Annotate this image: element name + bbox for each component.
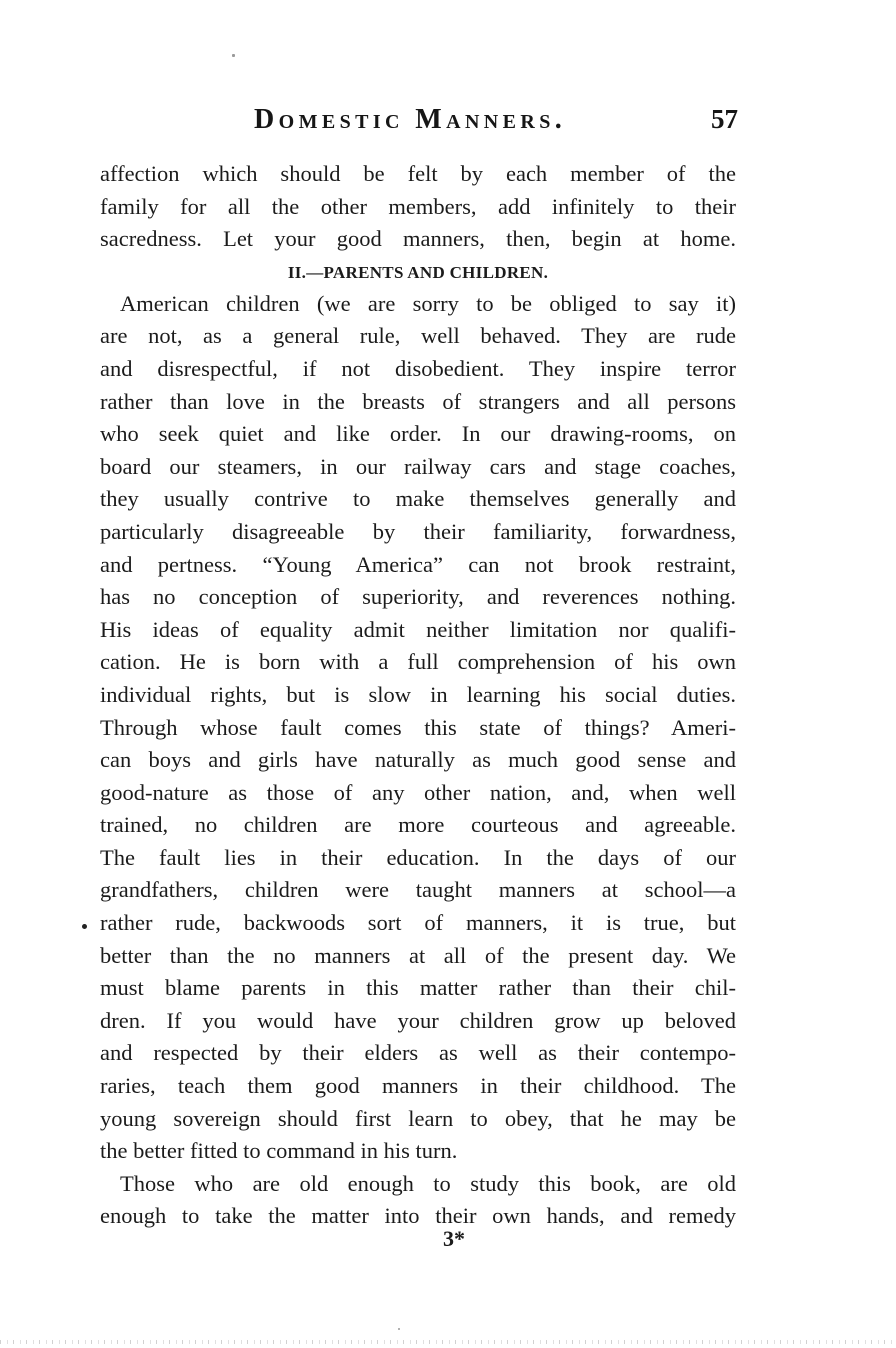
text-line: has no conception of superiority, and re… xyxy=(100,581,736,614)
running-title: Domestic Manners. xyxy=(254,104,566,136)
text-line: young sovereign should first learn to ob… xyxy=(100,1103,736,1136)
text-line: raries, teach them good manners in their… xyxy=(100,1070,736,1103)
text-line: particularly disagreeable by their famil… xyxy=(100,516,736,549)
scan-speck xyxy=(398,1328,400,1330)
paragraph-3: Those who are old enough to study this b… xyxy=(100,1168,736,1233)
paragraph-1: affection which should be felt by each m… xyxy=(100,158,736,256)
text-line: The fault lies in their education. In th… xyxy=(100,842,736,875)
text-line: board our steamers, in our railway cars … xyxy=(100,451,736,484)
page-number: 57 xyxy=(711,104,738,135)
text-line: affection which should be felt by each m… xyxy=(100,158,736,191)
running-head: Domestic Manners. 57 xyxy=(254,104,738,144)
scan-speck xyxy=(232,54,235,57)
signature-mark: 3* xyxy=(0,1226,896,1252)
scan-edge-noise xyxy=(0,1340,896,1344)
text-line: must blame parents in this matter rather… xyxy=(100,972,736,1005)
text-line: family for all the other members, add in… xyxy=(100,191,736,224)
body-text: affection which should be felt by each m… xyxy=(100,158,736,1233)
book-page: Domestic Manners. 57 affection which sho… xyxy=(0,0,896,1348)
text-line: grandfathers, children were taught manne… xyxy=(100,874,736,907)
text-line: Those who are old enough to study this b… xyxy=(100,1168,736,1201)
margin-mark xyxy=(82,924,87,929)
text-line: good-nature as those of any other nation… xyxy=(100,777,736,810)
text-line: and respected by their elders as well as… xyxy=(100,1037,736,1070)
text-line: rather than love in the breasts of stran… xyxy=(100,386,736,419)
text-line: Through whose fault comes this state of … xyxy=(100,712,736,745)
text-line: and pertness. “Young America” can not br… xyxy=(100,549,736,582)
text-line: sacredness. Let your good manners, then,… xyxy=(100,223,736,256)
text-line: His ideas of equality admit neither limi… xyxy=(100,614,736,647)
text-line: cation. He is born with a full comprehen… xyxy=(100,646,736,679)
text-line: are not, as a general rule, well behaved… xyxy=(100,320,736,353)
text-line: they usually contrive to make themselves… xyxy=(100,483,736,516)
text-line: better than the no manners at all of the… xyxy=(100,940,736,973)
text-line: who seek quiet and like order. In our dr… xyxy=(100,418,736,451)
text-line: and disrespectful, if not disobedient. T… xyxy=(100,353,736,386)
text-line: dren. If you would have your children gr… xyxy=(100,1005,736,1038)
text-line: trained, no children are more courteous … xyxy=(100,809,736,842)
paragraph-2: American children (we are sorry to be ob… xyxy=(100,288,736,1168)
text-line: individual rights, but is slow in learni… xyxy=(100,679,736,712)
text-line: American children (we are sorry to be ob… xyxy=(100,288,736,321)
text-line: can boys and girls have naturally as muc… xyxy=(100,744,736,777)
section-heading: II.—PARENTS AND CHILDREN. xyxy=(100,258,736,288)
text-line: the better fitted to command in his turn… xyxy=(100,1135,736,1168)
text-line: rather rude, backwoods sort of manners, … xyxy=(100,907,736,940)
